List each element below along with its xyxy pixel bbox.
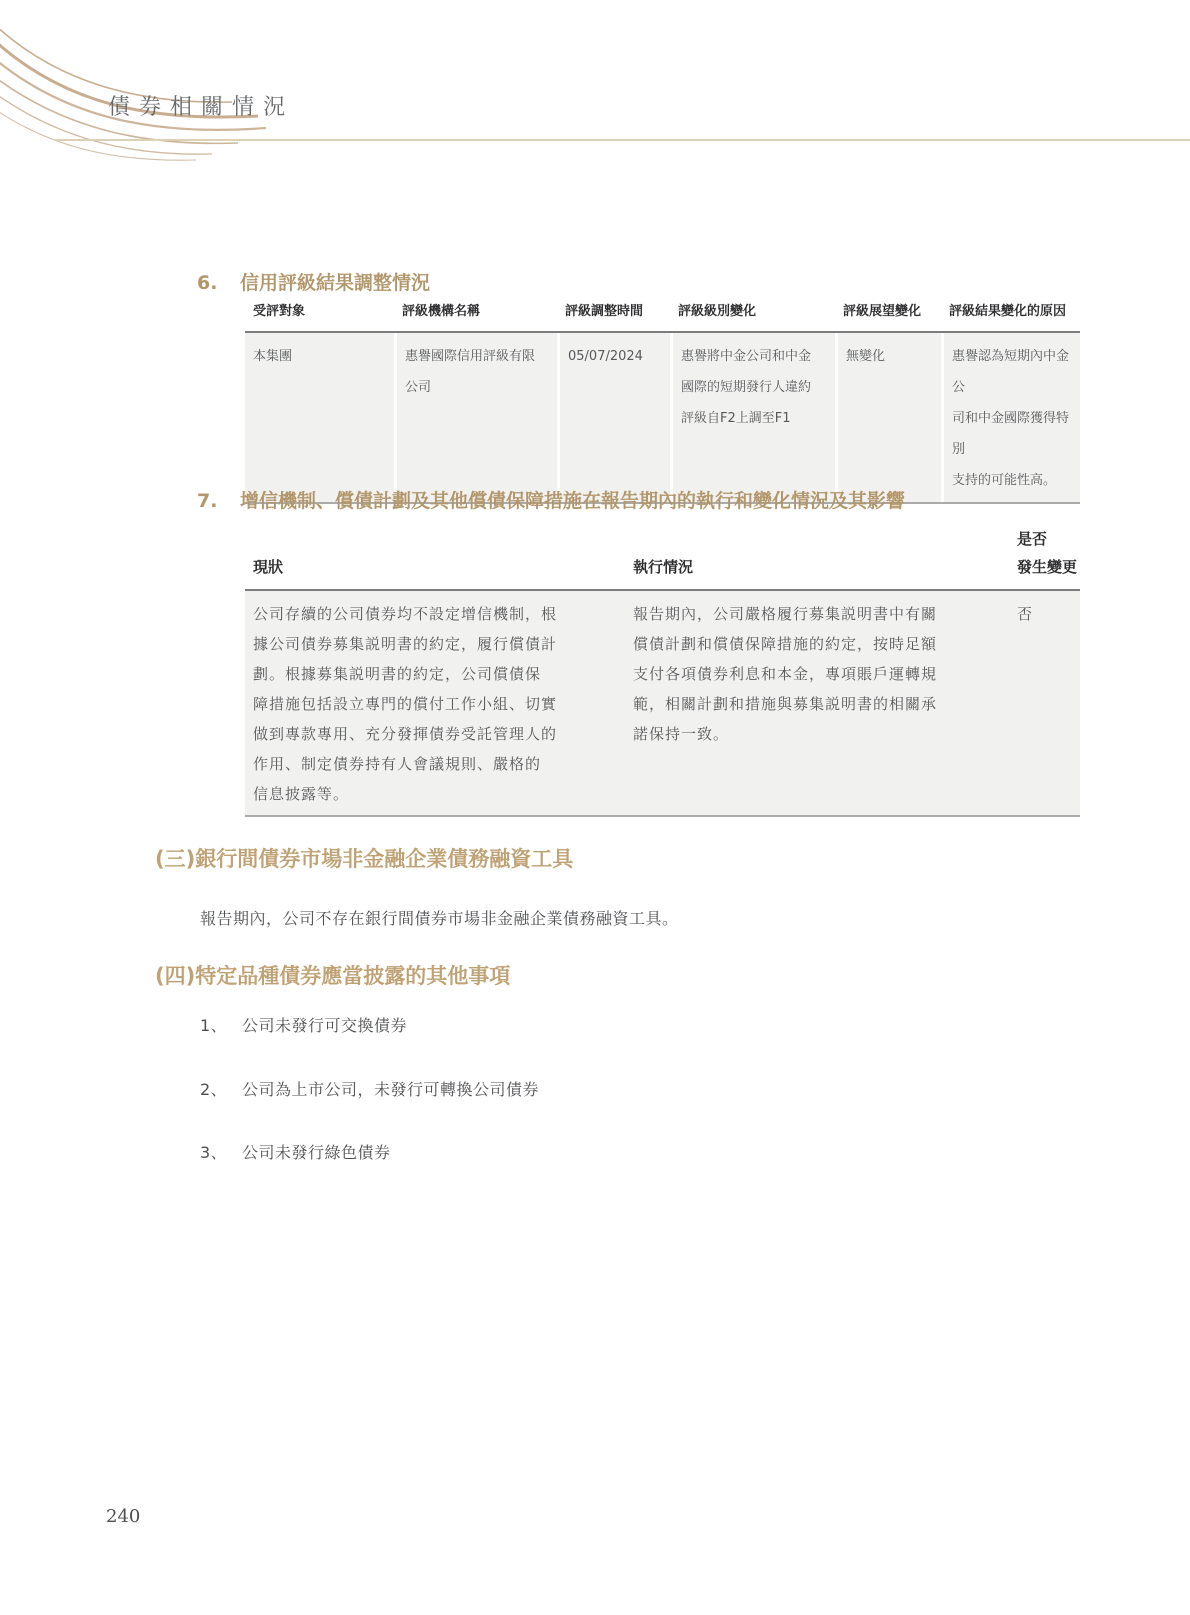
column-header-outlook-change: 評級展望變化: [835, 300, 941, 331]
header-divider: [55, 139, 1190, 141]
column-header-execution: 執行情況: [625, 556, 1009, 589]
column-header-level-change: 評級級別變化: [670, 300, 835, 331]
list-item-text: 公司為上市公司，未發行可轉換公司債券: [242, 1077, 539, 1100]
credit-rating-table-row: 本集團 惠譽國際信用評級有限 公司 05/07/2024 惠譽將中金公司和中金 …: [245, 333, 1080, 504]
list-item: 1、 公司未發行可交換債券: [200, 1013, 407, 1036]
column-header-adjust-date: 評級調整時間: [557, 300, 670, 331]
credit-enhancement-table-row: 公司存續的公司債券均不設定增信機制，根 據公司債券募集説明書的約定，履行償債計 …: [245, 591, 1080, 817]
section-7-heading: 7. 增信機制、償債計劃及其他償債保障措施在報告期內的執行和變化情況及其影響: [197, 490, 1057, 514]
page-header-title: 債券相關情況: [108, 90, 294, 121]
section-6-title: 信用評級結果調整情況: [240, 272, 430, 296]
list-item-number: 1、: [200, 1013, 242, 1036]
list-item-number: 2、: [200, 1077, 242, 1100]
section-7-number: 7.: [197, 490, 240, 514]
column-header-rated-subject: 受評對象: [245, 300, 394, 331]
cell-changed: 否: [1009, 591, 1080, 815]
subsection-4-heading: (四)特定品種債券應當披露的其他事項: [155, 960, 510, 990]
list-item-text: 公司未發行綠色債券: [242, 1140, 391, 1163]
column-header-rating-agency: 評級機構名稱: [394, 300, 557, 331]
cell-rating-agency: 惠譽國際信用評級有限 公司: [394, 333, 557, 502]
section-6-number: 6.: [197, 272, 240, 296]
report-page: 債券相關情況 6. 信用評級結果調整情況 受評對象 評級機構名稱 評級調整時間 …: [0, 0, 1190, 1615]
credit-rating-table-header-row: 受評對象 評級機構名稱 評級調整時間 評級級別變化 評級展望變化 評級結果變化的…: [245, 300, 1080, 333]
list-item: 2、 公司為上市公司，未發行可轉換公司債券: [200, 1077, 539, 1100]
column-header-changed-line1: 是否: [1009, 528, 1080, 556]
cell-execution: 報告期內，公司嚴格履行募集説明書中有關 償債計劃和償債保障措施的約定，按時足額 …: [625, 591, 1009, 815]
cell-outlook-change: 無變化: [835, 333, 941, 502]
cell-level-change: 惠譽將中金公司和中金 國際的短期發行人違約 評級自F2上調至F1: [670, 333, 835, 502]
subsection-3-body: 報告期內，公司不存在銀行間債券市場非金融企業債務融資工具。: [200, 906, 679, 929]
list-item: 3、 公司未發行綠色債券: [200, 1140, 391, 1163]
list-item-number: 3、: [200, 1140, 242, 1163]
section-6-heading: 6. 信用評級結果調整情況: [197, 272, 430, 296]
credit-enhancement-table-header: 是否 現狀 執行情況 發生變更: [245, 528, 1080, 591]
section-7-title: 增信機制、償債計劃及其他償債保障措施在報告期內的執行和變化情況及其影響: [240, 490, 905, 514]
cell-change-reason: 惠譽認為短期內中金公 司和中金國際獲得特別 支持的可能性高。: [941, 333, 1080, 502]
cell-status: 公司存續的公司債券均不設定增信機制，根 據公司債券募集説明書的約定，履行償債計 …: [245, 591, 625, 815]
cell-rated-subject: 本集團: [245, 333, 394, 502]
header-spacer: [625, 528, 1009, 556]
column-header-changed-line2: 發生變更: [1009, 556, 1080, 589]
subsection-3-heading: (三)銀行間債券市場非金融企業債務融資工具: [155, 843, 573, 873]
column-header-status: 現狀: [245, 556, 625, 589]
list-item-text: 公司未發行可交換債券: [242, 1013, 407, 1036]
header-spacer: [245, 528, 625, 556]
page-number: 240: [106, 1506, 140, 1527]
cell-adjust-date: 05/07/2024: [557, 333, 670, 502]
column-header-change-reason: 評級結果變化的原因: [941, 300, 1080, 331]
credit-enhancement-table: 是否 現狀 執行情況 發生變更 公司存續的公司債券均不設定增信機制，根 據公司債…: [245, 528, 1080, 817]
credit-rating-adjustment-table: 受評對象 評級機構名稱 評級調整時間 評級級別變化 評級展望變化 評級結果變化的…: [245, 300, 1080, 504]
